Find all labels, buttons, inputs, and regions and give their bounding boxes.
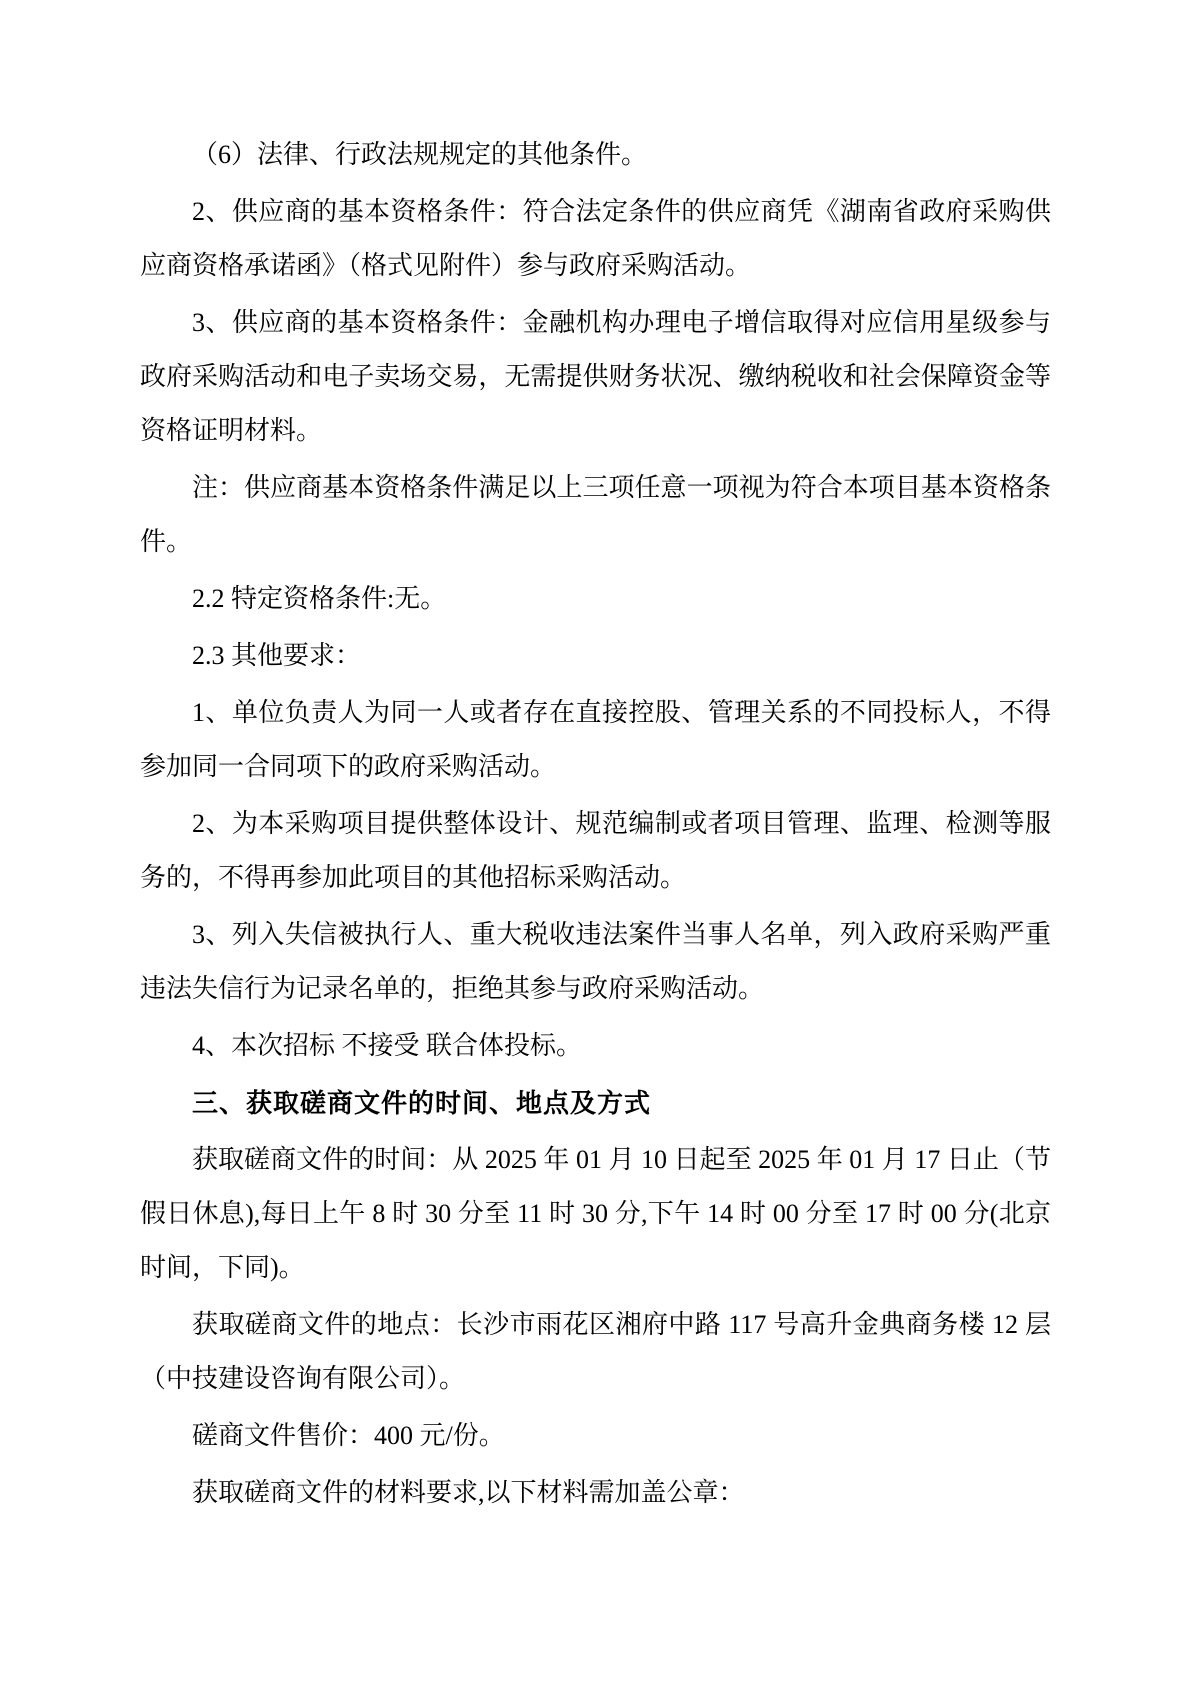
para-requirement-1-same-person: 1、单位负责人为同一人或者存在直接控股、管理关系的不同投标人，不得参加同一合同项…	[140, 686, 1051, 794]
para-qualification-note: 注：供应商基本资格条件满足以上三项任意一项视为符合本项目基本资格条件。	[140, 461, 1051, 569]
document-body: （6）法律、行政法规规定的其他条件。 2、供应商的基本资格条件：符合法定条件的供…	[140, 128, 1051, 1523]
document-page: （6）法律、行政法规规定的其他条件。 2、供应商的基本资格条件：符合法定条件的供…	[0, 0, 1191, 1684]
para-specific-qualification-2-2: 2.2 特定资格条件:无。	[140, 572, 1051, 626]
para-obtain-time: 获取磋商文件的时间：从 2025 年 01 月 10 日起至 2025 年 01…	[140, 1133, 1051, 1295]
para-basic-qualification-3: 3、供应商的基本资格条件：金融机构办理电子增信取得对应信用星级参与政府采购活动和…	[140, 296, 1051, 458]
para-requirement-3-dishonest-list: 3、列入失信被执行人、重大税收违法案件当事人名单，列入政府采购严重违法失信行为记…	[140, 908, 1051, 1016]
para-other-legal-conditions: （6）法律、行政法规规定的其他条件。	[140, 128, 1051, 182]
para-requirement-4-no-consortium: 4、本次招标 不接受 联合体投标。	[140, 1019, 1051, 1073]
para-obtain-location: 获取磋商文件的地点：长沙市雨花区湘府中路 117 号高升金典商务楼 12 层（中…	[140, 1298, 1051, 1406]
para-material-requirements: 获取磋商文件的材料要求,以下材料需加盖公章：	[140, 1466, 1051, 1520]
para-document-price: 磋商文件售价：400 元/份。	[140, 1409, 1051, 1463]
section-heading-obtain-documents: 三、获取磋商文件的时间、地点及方式	[140, 1076, 1051, 1130]
para-requirement-2-design-services: 2、为本采购项目提供整体设计、规范编制或者项目管理、监理、检测等服务的，不得再参…	[140, 797, 1051, 905]
para-other-requirements-2-3: 2.3 其他要求：	[140, 629, 1051, 683]
para-basic-qualification-2: 2、供应商的基本资格条件：符合法定条件的供应商凭《湖南省政府采购供应商资格承诺函…	[140, 185, 1051, 293]
